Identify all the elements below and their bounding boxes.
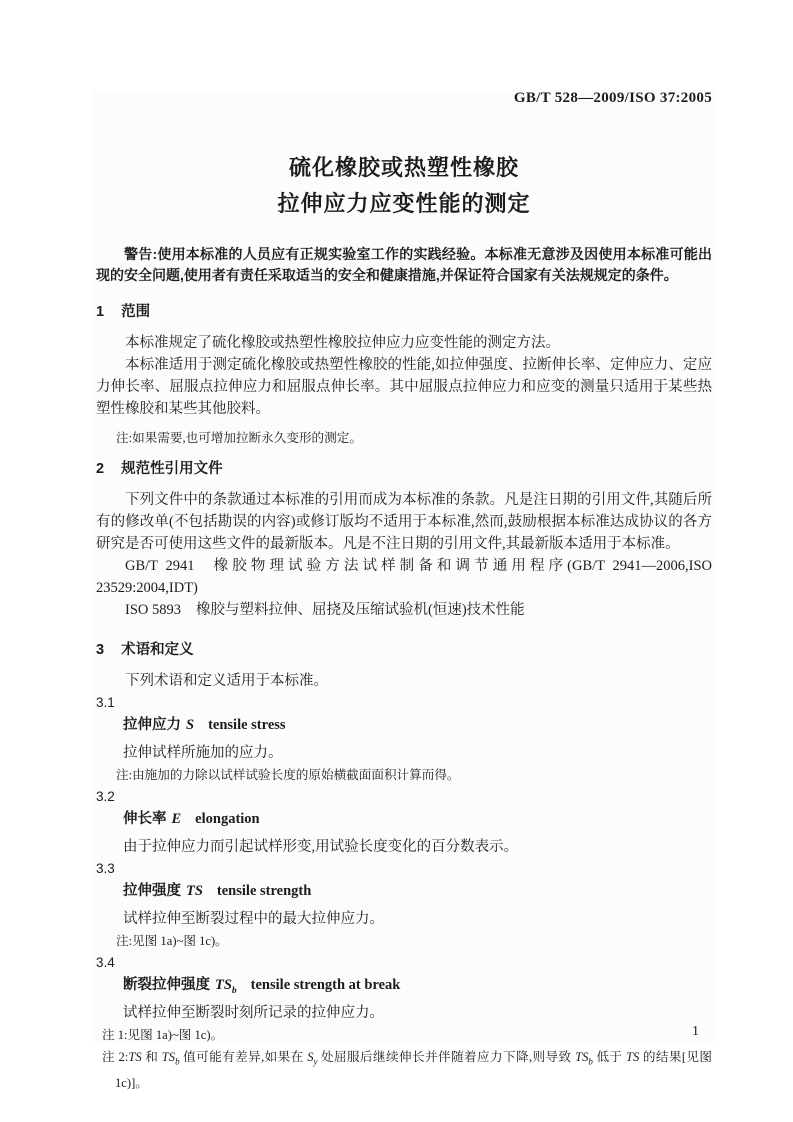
term-number: 3.4 xyxy=(96,952,712,974)
term-en-label: elongation xyxy=(195,811,259,827)
document-page: GB/T 528—2009/ISO 37:2005 硫化橡胶或热塑性橡胶 拉伸应… xyxy=(93,90,715,1042)
section-1-para-1: 本标准规定了硫化橡胶或热塑性橡胶拉伸应力应变性能的测定方法。 xyxy=(96,332,712,354)
term-3-4: 3.4 断裂拉伸强度TSbtensile strength at break 试… xyxy=(96,952,712,1094)
term-definition: 试样拉伸至断裂过程中的最大拉伸应力。 xyxy=(123,908,712,930)
section-1-note: 注:如果需要,也可增加拉断永久变形的测定。 xyxy=(116,427,712,449)
term-symbol: E xyxy=(172,811,182,827)
term-heading: 拉伸强度TStensile strength xyxy=(123,880,712,908)
section-1-number: 1 xyxy=(96,301,104,323)
term-symbol: S xyxy=(186,717,194,733)
term-3-3: 3.3 拉伸强度TStensile strength 试样拉伸至断裂过程中的最大… xyxy=(96,858,712,952)
warning-paragraph: 警告:使用本标准的人员应有正规实验室工作的实践经验。本标准无意涉及因使用本标准可… xyxy=(96,244,712,286)
term-heading: 断裂拉伸强度TSbtensile strength at break xyxy=(123,974,712,1002)
section-2-para: 下列文件中的条款通过本标准的引用而成为本标准的条款。凡是注日期的引用文件,其随后… xyxy=(96,489,712,555)
section-2-number: 2 xyxy=(96,458,104,480)
term-symbol: TS xyxy=(186,883,203,899)
section-3-heading: 3术语和定义 xyxy=(96,639,712,661)
section-1-title: 范围 xyxy=(121,304,150,320)
term-note: 注:见图 1a)~图 1c)。 xyxy=(116,930,712,952)
term-note: 注:由施加的力除以试样试验长度的原始横截面面积计算而得。 xyxy=(116,764,712,786)
page-content: GB/T 528—2009/ISO 37:2005 硫化橡胶或热塑性橡胶 拉伸应… xyxy=(93,90,715,1042)
term-number: 3.3 xyxy=(96,858,712,880)
section-3-number: 3 xyxy=(96,639,104,661)
term-zh-label: 拉伸强度 xyxy=(123,883,181,899)
section-1-heading: 1范围 xyxy=(96,301,712,323)
reference-item: ISO 5893橡胶与塑料拉伸、屈挠及压缩试验机(恒速)技术性能 xyxy=(96,599,712,621)
term-definition: 试样拉伸至断裂时刻所记录的拉伸应力。 xyxy=(123,1002,712,1024)
term-zh-label: 伸长率 xyxy=(123,811,167,827)
title-line-1: 硫化橡胶或热塑性橡胶 xyxy=(96,156,712,179)
reference-code: ISO 5893 xyxy=(125,602,181,618)
term-zh-label: 拉伸应力 xyxy=(123,717,181,733)
term-3-1: 3.1 拉伸应力Stensile stress 拉伸试样所施加的应力。 注:由施… xyxy=(96,692,712,786)
term-definition: 拉伸试样所施加的应力。 xyxy=(123,742,712,764)
term-en-label: tensile stress xyxy=(208,717,285,733)
term-note-1: 注 1:见图 1a)~图 1c)。 xyxy=(102,1024,712,1046)
section-3-intro: 下列术语和定义适用于本标准。 xyxy=(96,670,712,692)
term-en-label: tensile strength at break xyxy=(251,977,401,993)
term-definition: 由于拉伸应力而引起试样形变,用试验长度变化的百分数表示。 xyxy=(123,836,712,858)
term-zh-label: 断裂拉伸强度 xyxy=(123,977,210,993)
term-heading: 伸长率Eelongation xyxy=(123,808,712,836)
term-number: 3.1 xyxy=(96,692,712,714)
standard-code-header: GB/T 528—2009/ISO 37:2005 xyxy=(96,90,712,106)
reference-title: 橡胶与塑料拉伸、屈挠及压缩试验机(恒速)技术性能 xyxy=(196,602,525,618)
term-en-label: tensile strength xyxy=(217,883,311,899)
reference-item: GB/T 2941橡胶物理试验方法试样制备和调节通用程序(GB/T 2941—2… xyxy=(96,555,712,599)
title-line-2: 拉伸应力应变性能的测定 xyxy=(96,192,712,215)
document-title: 硫化橡胶或热塑性橡胶 拉伸应力应变性能的测定 xyxy=(96,156,712,215)
section-2-heading: 2规范性引用文件 xyxy=(96,458,712,480)
term-heading: 拉伸应力Stensile stress xyxy=(123,714,712,742)
section-1-para-2: 本标准适用于测定硫化橡胶或热塑性橡胶的性能,如拉伸强度、拉断伸长率、定伸应力、定… xyxy=(96,354,712,420)
term-symbol-sub: b xyxy=(232,986,237,996)
scan-canvas: GB/T 528—2009/ISO 37:2005 硫化橡胶或热塑性橡胶 拉伸应… xyxy=(0,0,793,1122)
term-3-2: 3.2 伸长率Eelongation 由于拉伸应力而引起试样形变,用试验长度变化… xyxy=(96,786,712,858)
page-number: 1 xyxy=(692,1024,699,1040)
reference-code: GB/T 2941 xyxy=(125,558,195,574)
section-2-title: 规范性引用文件 xyxy=(121,461,223,477)
section-3-title: 术语和定义 xyxy=(121,642,194,658)
term-number: 3.2 xyxy=(96,786,712,808)
term-symbol: TS xyxy=(215,977,232,993)
term-note-2: 注 2:TS 和 TSb 值可能有差异,如果在 Sy 处屈服后继续伸长并伴随着应… xyxy=(102,1046,712,1095)
